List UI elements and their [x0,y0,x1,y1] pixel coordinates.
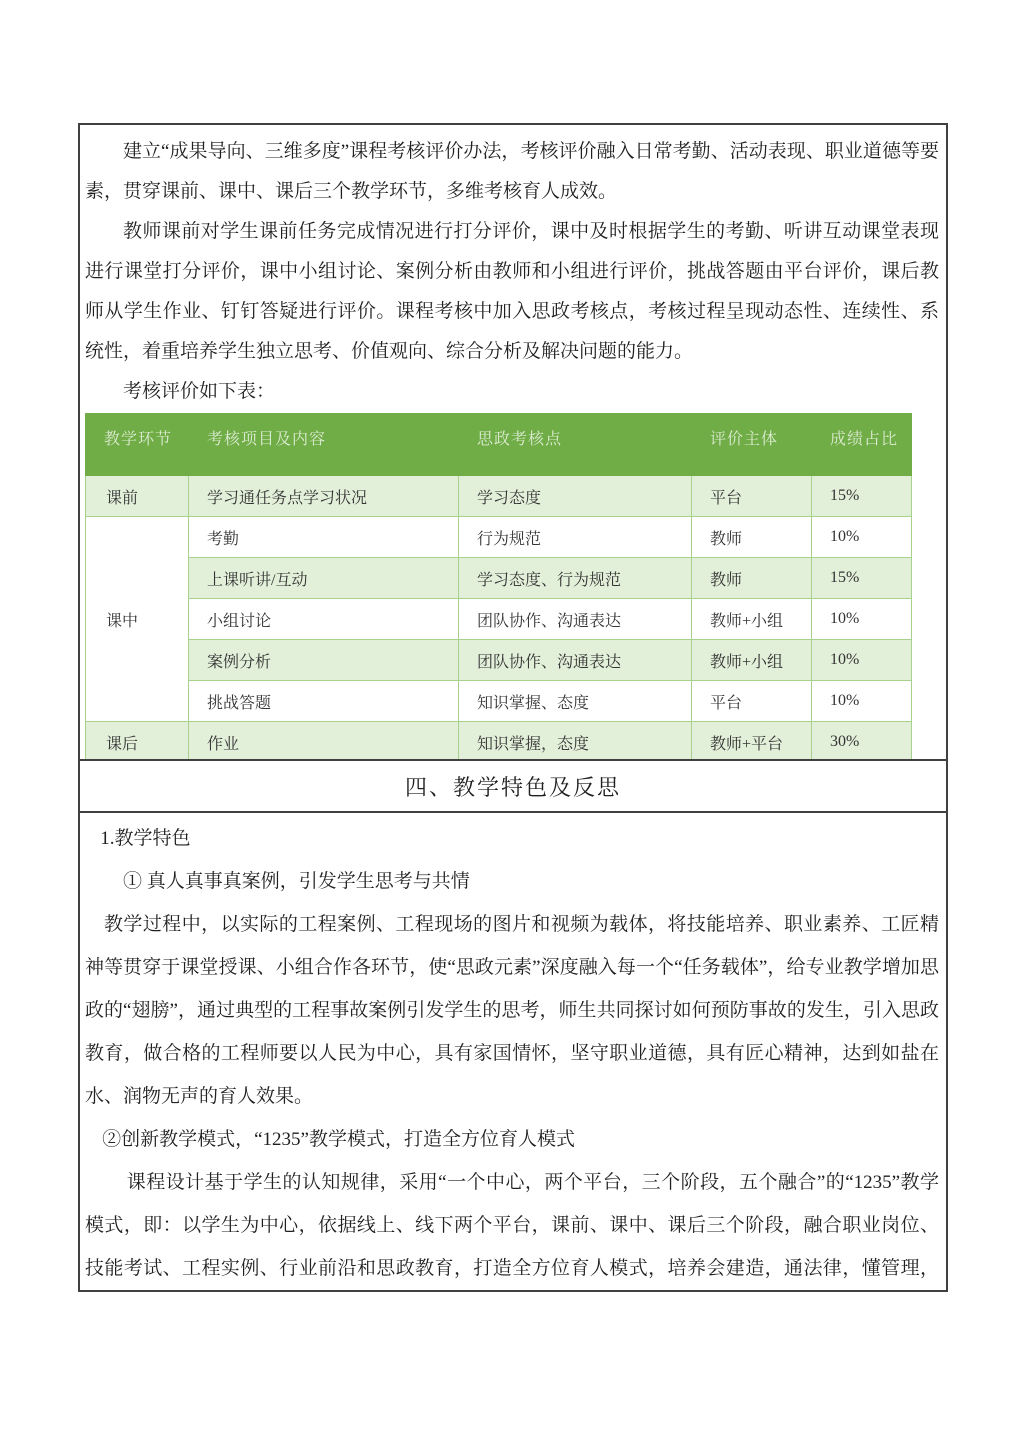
cell-evaluator: 教师 [692,517,812,558]
cell-evaluator: 教师+小组 [692,599,812,640]
assessment-table: 教学环节 考核项目及内容 思政考核点 评价主体 成绩占比 课前 学习通任务点学习… [85,413,912,761]
table-row: 课中 考勤 行为规范 教师 10% [86,517,912,558]
cell-weight: 10% [812,599,912,640]
cell-point: 知识掌握，态度 [459,722,692,762]
cell-evaluator: 平台 [692,476,812,517]
table-row: 挑战答题 知识掌握、态度 平台 10% [86,681,912,722]
paragraph-process: 教师课前对学生课前任务完成情况进行打分评价，课中及时根据学生的考勤、听讲互动课堂… [85,212,939,372]
cell-evaluator: 教师+小组 [692,640,812,681]
cell-point: 知识掌握、态度 [459,681,692,722]
document-page: 建立“成果导向、三维多度”课程考核评价办法，考核评价融入日常考勤、活动表现、职业… [0,0,1024,1448]
header-cell-stage: 教学环节 [86,414,189,476]
header-cell-item: 考核项目及内容 [189,414,459,476]
cell-weight: 15% [812,476,912,517]
table-row: 课后 作业 知识掌握，态度 教师+平台 30% [86,722,912,762]
cell-item: 上课听讲/互动 [189,558,459,599]
cell-weight: 10% [812,517,912,558]
table-row: 小组讨论 团队协作、沟通表达 教师+小组 10% [86,599,912,640]
feature-heading: 1.教学特色 [85,817,939,860]
table-header-row: 教学环节 考核项目及内容 思政考核点 评价主体 成绩占比 [86,414,912,476]
cell-item: 案例分析 [189,640,459,681]
table-row: 课前 学习通任务点学习状况 学习态度 平台 15% [86,476,912,517]
cell-weight: 30% [812,722,912,762]
cell-point: 行为规范 [459,517,692,558]
feature-paragraph-2: 课程设计基于学生的认知规律，采用“一个中心，两个平台，三个阶段，五个融合”的“1… [85,1161,939,1290]
paragraph-table-lead: 考核评价如下表： [85,372,939,412]
cell-stage: 课前 [86,476,189,517]
section-title-row: 四、教学特色及反思 [80,761,946,813]
cell-evaluator: 平台 [692,681,812,722]
cell-evaluator: 教师 [692,558,812,599]
feature-point-1: ① 真人真事真案例，引发学生思考与共情 [85,860,939,903]
cell-point: 学习态度 [459,476,692,517]
cell-stage: 课后 [86,722,189,762]
header-cell-evaluator: 评价主体 [692,414,812,476]
cell-point: 学习态度、行为规范 [459,558,692,599]
cell-weight: 10% [812,640,912,681]
features-section: 1.教学特色 ① 真人真事真案例，引发学生思考与共情 教学过程中，以实际的工程案… [80,813,946,1290]
cell-weight: 10% [812,681,912,722]
cell-weight: 15% [812,558,912,599]
header-cell-point: 思政考核点 [459,414,692,476]
header-cell-weight: 成绩占比 [812,414,912,476]
cell-item: 挑战答题 [189,681,459,722]
feature-paragraph-1: 教学过程中，以实际的工程案例、工程现场的图片和视频为载体，将技能培养、职业素养、… [85,903,939,1118]
table-row: 上课听讲/互动 学习态度、行为规范 教师 15% [86,558,912,599]
paragraph-intro: 建立“成果导向、三维多度”课程考核评价办法，考核评价融入日常考勤、活动表现、职业… [85,132,939,212]
cell-evaluator: 教师+平台 [692,722,812,762]
cell-stage: 课中 [86,517,189,722]
document-frame: 建立“成果导向、三维多度”课程考核评价办法，考核评价融入日常考勤、活动表现、职业… [78,123,948,1292]
assessment-section: 建立“成果导向、三维多度”课程考核评价办法，考核评价融入日常考勤、活动表现、职业… [80,125,946,761]
table-row: 案例分析 团队协作、沟通表达 教师+小组 10% [86,640,912,681]
cell-item: 学习通任务点学习状况 [189,476,459,517]
section-title: 四、教学特色及反思 [405,771,621,802]
feature-point-2: ②创新教学模式，“1235”教学模式，打造全方位育人模式 [85,1118,939,1161]
cell-point: 团队协作、沟通表达 [459,599,692,640]
cell-item: 小组讨论 [189,599,459,640]
cell-item: 作业 [189,722,459,762]
cell-point: 团队协作、沟通表达 [459,640,692,681]
cell-item: 考勤 [189,517,459,558]
